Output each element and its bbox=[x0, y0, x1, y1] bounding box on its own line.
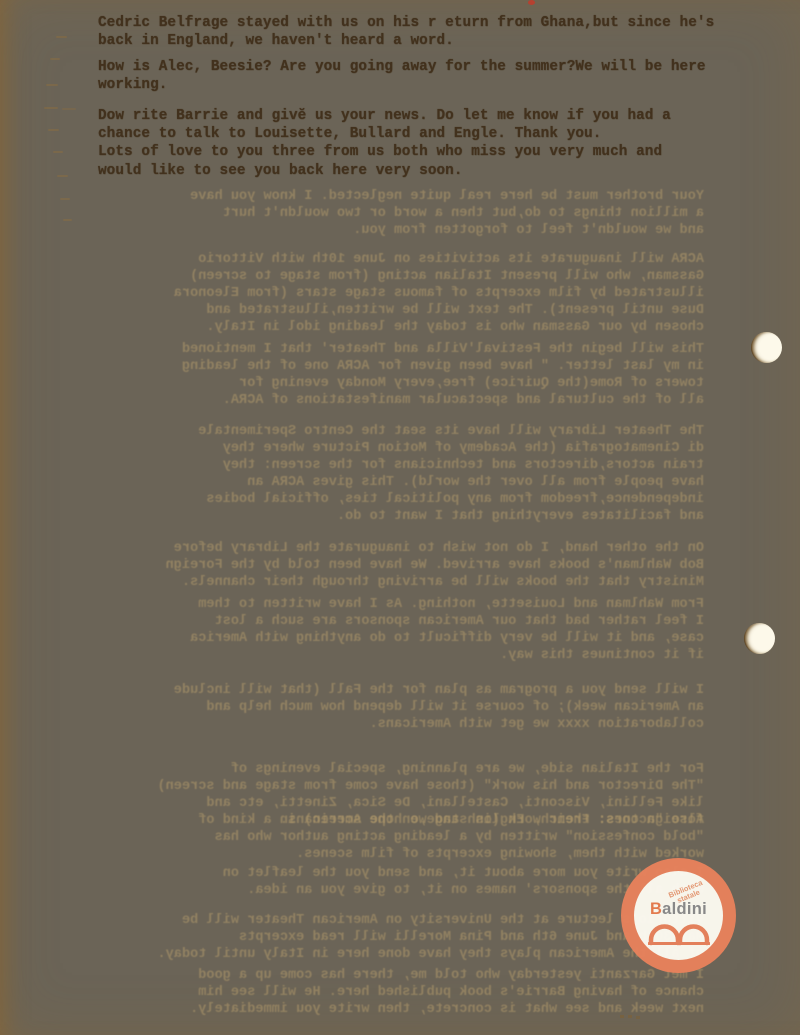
margin-mark bbox=[44, 107, 58, 109]
red-ink-dot bbox=[528, 0, 535, 5]
margin-mark bbox=[48, 129, 59, 131]
letter-page: Cedric Belfrage stayed with us on his r … bbox=[0, 0, 800, 1035]
margin-mark bbox=[50, 58, 60, 60]
bleed-paragraph: ACRA will inaugurate its activities on J… bbox=[52, 252, 704, 337]
letter-paragraph: How is Alec, Beesie? Are you going away … bbox=[98, 58, 746, 95]
library-stamp: Biblioteca statale Baldini bbox=[621, 858, 736, 973]
letter-paragraph: Cedric Belfrage stayed with us on his r … bbox=[98, 14, 746, 51]
bleed-paragraph: The Theater Library will have its seat t… bbox=[52, 424, 704, 525]
bleed-paragraph: I will send you a program as plan for th… bbox=[52, 683, 704, 734]
margin-mark bbox=[46, 84, 58, 86]
bleed-paragraph: Also "actors: their work (on stage,on th… bbox=[52, 813, 704, 864]
margin-mark bbox=[53, 151, 63, 153]
punch-hole bbox=[751, 332, 782, 363]
stamp-initial: B bbox=[650, 900, 662, 918]
bleed-paragraph: From Wahlman and Louisette, nothing. As … bbox=[52, 597, 704, 665]
margin-mark bbox=[57, 175, 68, 177]
bleed-paragraph: Your brother must be here real quite neg… bbox=[52, 189, 704, 240]
letter-paragraph: Dow rite Barrie and givĕ us your news. D… bbox=[98, 107, 746, 181]
letter-body: Cedric Belfrage stayed with us on his r … bbox=[98, 14, 746, 187]
bleed-paragraph: This will begin the Festival'Villa and T… bbox=[52, 342, 704, 410]
stamp-rest: aldini bbox=[662, 900, 707, 918]
library-stamp-content: Biblioteca statale Baldini bbox=[634, 871, 723, 960]
bleed-ellipsis-mark bbox=[620, 1015, 624, 1018]
margin-mark bbox=[60, 198, 70, 200]
punch-hole bbox=[744, 623, 775, 654]
bleed-paragraph: I also write you more about it, and send… bbox=[52, 866, 704, 900]
margin-mark bbox=[63, 219, 72, 221]
margin-mark bbox=[56, 36, 67, 38]
bleed-paragraph: I met Garzanti yesterday who told me, th… bbox=[52, 968, 704, 1019]
open-book-icon bbox=[648, 920, 710, 946]
bleed-paragraph: Vittorio's lecture at the University on … bbox=[52, 913, 704, 964]
bleed-paragraph: On the other hand, I do not wish to inau… bbox=[52, 541, 704, 592]
